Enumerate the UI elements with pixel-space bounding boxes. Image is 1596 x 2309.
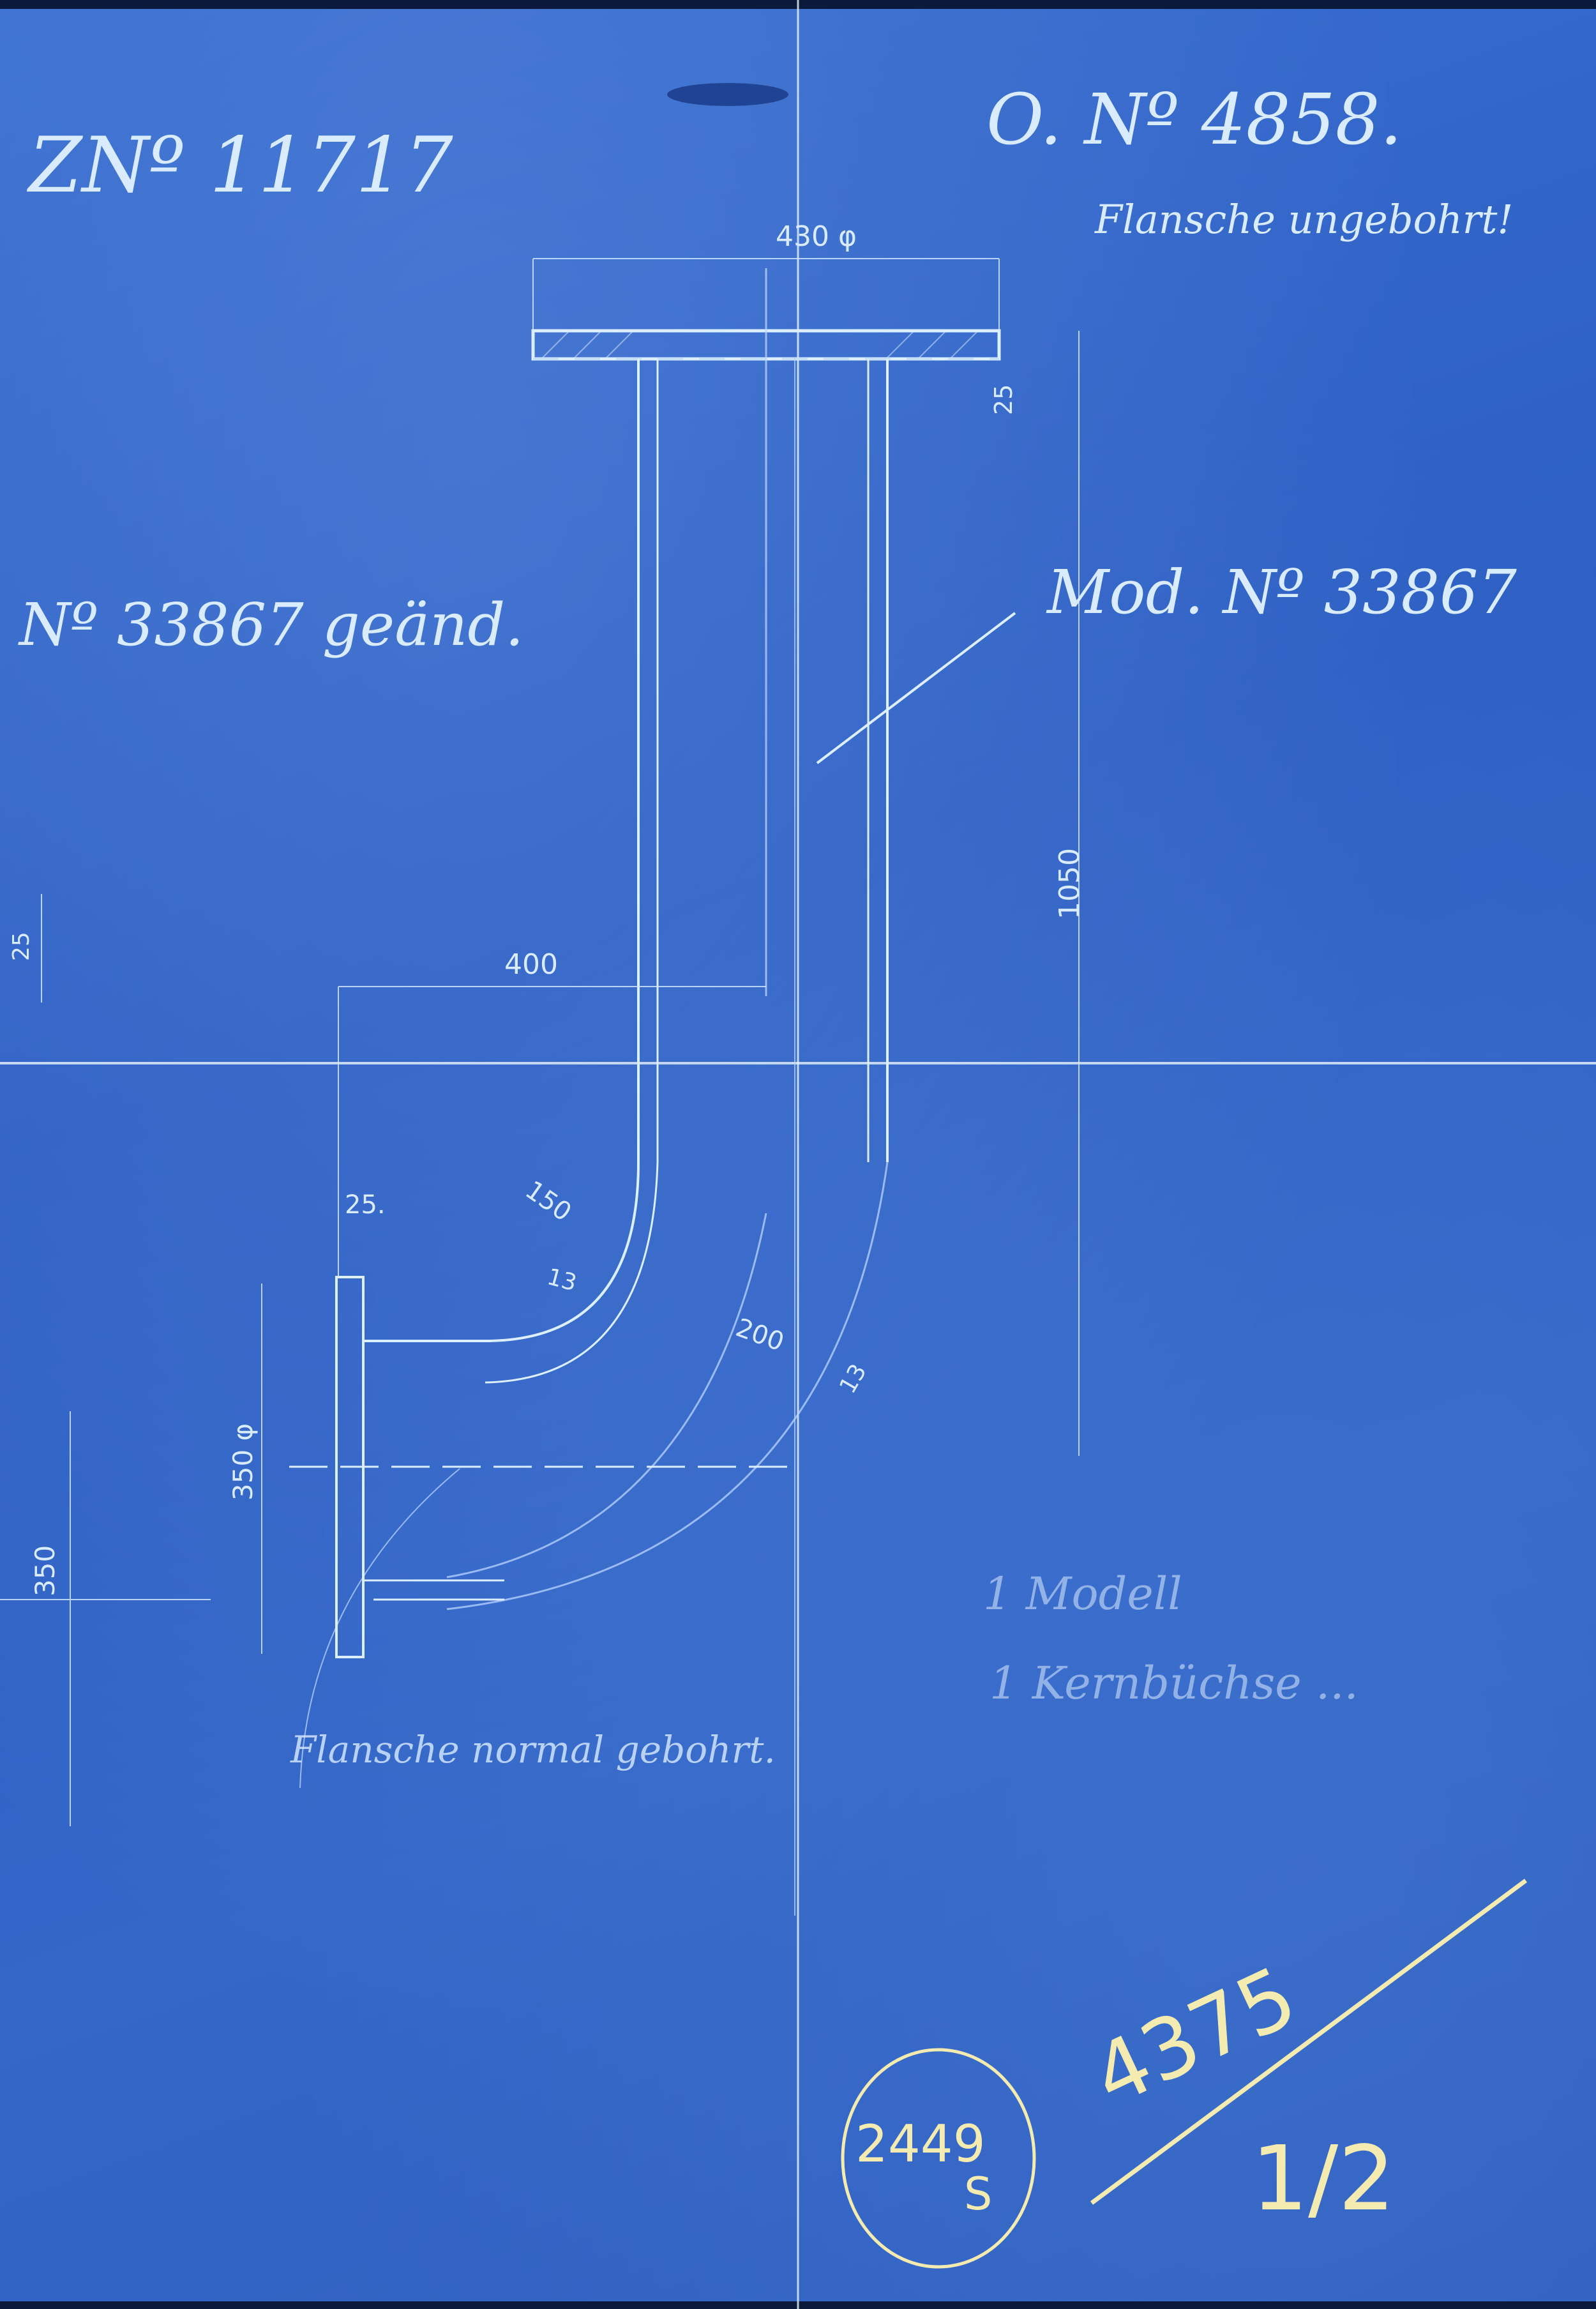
pipe-bend — [300, 1162, 887, 1788]
annotation-text: 1/2 — [1251, 2127, 1395, 2231]
changed-note: Nº 33867 geänd. — [18, 591, 524, 659]
dim-wall-outer: 13 — [834, 1359, 871, 1398]
flange-note-top: Flansche ungebohrt! — [1094, 196, 1513, 243]
pipe-bend-drawing: ZNº 11717 O. Nº 4858. Flansche ungebohrt… — [0, 0, 1596, 2309]
flange-note-bottom: Flansche normal gebohrt. — [290, 1728, 776, 1771]
dim-horizontal-offset: 400 — [504, 948, 558, 981]
pipe-walls — [638, 268, 887, 1916]
dim-top-flange-thickness: 25 — [990, 384, 1018, 415]
annotation-text: 2449 — [855, 2114, 986, 2174]
dim-top-flange-diameter: 430 φ — [776, 220, 857, 253]
pencil-fraction: 4375 1/2 — [1078, 1881, 1526, 2231]
dim-wall-inner: 13 — [545, 1264, 580, 1296]
annotation-text: S — [964, 2168, 992, 2220]
faint-note-line2: 1 Kernbüchse ... — [990, 1657, 1359, 1709]
dim-left-small: 25 — [8, 932, 34, 961]
model-number: Mod. Nº 33867 — [1046, 557, 1517, 628]
dim-left-height: 350 — [29, 1545, 61, 1596]
dim-inner-bend-radius: 150 — [520, 1176, 576, 1227]
annotation-text: 4375 — [1078, 1948, 1311, 2126]
dim-bottom-flange-thickness: 25. — [345, 1190, 386, 1220]
blueprint-sheet: ZNº 11717 O. Nº 4858. Flansche ungebohrt… — [0, 0, 1596, 2309]
dim-overall-height: 1050 — [1053, 848, 1086, 920]
dim-outer-bend-radius: 200 — [732, 1313, 788, 1357]
catalog-stamp: 2449 S — [843, 2050, 1034, 2267]
drawing-number: ZNº 11717 — [26, 121, 453, 210]
faint-note-line1: 1 Modell — [983, 1568, 1182, 1620]
order-number: O. Nº 4858. — [986, 79, 1403, 160]
dim-bottom-flange-diameter: 350 φ — [227, 1423, 259, 1501]
